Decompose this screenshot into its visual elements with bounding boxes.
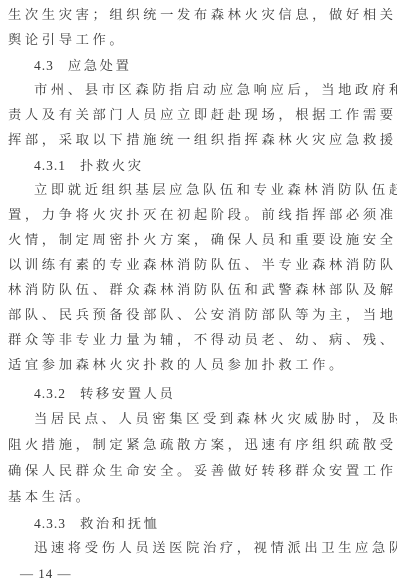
text-line: 挥部，采取以下措施统一组织指挥森林火灾应急救援工作。 — [8, 131, 393, 151]
text-line: 确保人民群众生命安全。妥善做好转移群众安置工作，确保群众 — [8, 462, 393, 482]
section-number: 4.3.1 — [34, 158, 66, 173]
section-number: 4.3.3 — [34, 516, 66, 531]
dash-right: — — [58, 565, 72, 583]
page-number-value: 14 — [38, 566, 53, 581]
text-line: 以训练有素的专业森林消防队伍、半专业森林消防队伍、应急森 — [8, 256, 393, 276]
text-line: 群众等非专业力量为辅，不得动员老、幼、病、残、孕及其他不 — [8, 331, 393, 351]
section-title: 救治和抚恤 — [80, 517, 159, 532]
section-heading-4-3-3: 4.3.3救治和抚恤 — [34, 514, 397, 534]
text-line: 基本生活。 — [8, 488, 393, 508]
section-heading-4-3-1: 4.3.1扑救火灾 — [34, 156, 397, 176]
text-line: 林消防队伍、群众森林消防队伍和武警森林部队及解放军、武警 — [8, 281, 393, 301]
text-line: 置，力争将火灾扑灭在初起阶段。前线指挥部必须准确掌握一线 — [8, 206, 393, 226]
section-title: 应急处置 — [68, 59, 132, 74]
paragraph-line: 市州、县市区森防指启动应急响应后，当地政府和森防指负 — [34, 81, 393, 101]
document-page: 生次生灾害；组织统一发布森林火灾信息，做好相关宣传报道及 舆论引导工作。 4.3… — [0, 0, 397, 587]
section-title: 转移安置人员 — [80, 387, 175, 402]
text-line: 部队、民兵预备役部队、公安消防部队等为主，当地干部职工、 — [8, 306, 393, 326]
section-title: 扑救火灾 — [80, 159, 144, 174]
paragraph-line: 当居民点、人员密集区受到森林火灾威胁时，及时采取有效 — [34, 410, 393, 430]
section-heading-4-3: 4.3应急处置 — [34, 56, 397, 76]
text-line: 火情，制定周密扑火方案，确保人员和重要设施安全。扑火力量 — [8, 231, 393, 251]
text-line: 适宜参加森林火灾扑救的人员参加扑救工作。 — [8, 356, 393, 376]
text-line: 责人及有关部门人员应立即赶赴现场，根据工作需要设立前线指 — [8, 106, 393, 126]
text-line: 舆论引导工作。 — [8, 31, 393, 51]
dash-left: — — [20, 565, 34, 583]
page-number: — 14 — — [20, 565, 72, 583]
section-heading-4-3-2: 4.3.2转移安置人员 — [34, 384, 397, 404]
section-number: 4.3 — [34, 58, 54, 73]
paragraph-line: 立即就近组织基层应急队伍和专业森林消防队伍赶赴现场处 — [34, 181, 393, 201]
paragraph-line: 迅速将受伤人员送医院治疗，视情派出卫生应急队伍赶赴火 — [34, 539, 393, 559]
text-line: 阻火措施，制定紧急疏散方案，迅速有序组织疏散受威胁人员， — [8, 436, 393, 456]
section-number: 4.3.2 — [34, 386, 66, 401]
text-line: 生次生灾害；组织统一发布森林火灾信息，做好相关宣传报道及 — [8, 6, 393, 26]
